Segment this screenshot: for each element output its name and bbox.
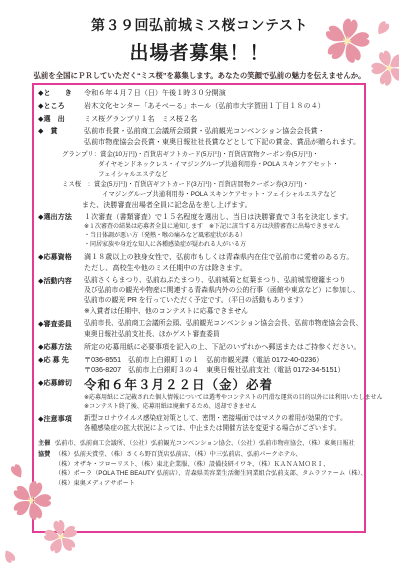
apply-address-line-2: 〒036-8207 弘前市上白銀町３の４ 東奥日報社弘前支社（電話 0172-3… bbox=[84, 365, 366, 376]
row-place-value: 岩木文化センター「あそべーる」ホール（弘前市大字賀田１丁目１８の４） bbox=[84, 101, 366, 112]
row-cautions-label: ◆注意事項 bbox=[32, 414, 84, 434]
selection-method-note-3: ・同居家族や身近な知人に各種感染症が疑われる人がいる方 bbox=[84, 241, 366, 250]
row-judges-label: ◆審査委員 bbox=[32, 319, 84, 339]
prizes-intro-2: 弘前市物産協会会長賞・東奥日報社社長賞などとして下記の賞金、賞品が贈られます。 bbox=[84, 137, 366, 148]
activities-note: ※入賞者は任期中、他のコンテストに応募できません bbox=[84, 307, 366, 317]
row-how-to-apply: ◆応募方法 所定の応募用紙に必要事項を記入の上、下記のいずれかへ郵送またはご持参… bbox=[32, 342, 366, 353]
row-date: ◆と き 令和６年４月７日（日）午後１時３０分開演 bbox=[32, 88, 366, 99]
judges-line-2: 東奥日報社弘前支社長、ほかゲスト審査委員 bbox=[84, 330, 366, 340]
deadline-note-2: ※コンテスト終了後、応募用紙は廃棄するため、返却できません bbox=[84, 403, 383, 412]
organizers-value: 弘前市、弘前商工会議所、（公社）弘前観光コンベンション協会、（公社）弘前市物産協… bbox=[55, 439, 366, 449]
row-organizers: 主催 弘前市、弘前商工会議所、（公社）弘前観光コンベンション協会、（公社）弘前市… bbox=[32, 439, 366, 449]
apply-address-line-1: 〒036-8551 弘前市上白銀町１の１ 弘前市観光課（電話 0172-40-0… bbox=[84, 355, 366, 366]
row-selection: ◆選 出 ミス桜グランプリ１名 ミス桜２名 bbox=[32, 114, 366, 125]
selection-method-note-1: ※１次審査の結果は応募者全員に通知します ※下記に該当する方は決勝審査に出場でき… bbox=[84, 223, 366, 232]
eligibility-line-1: 満１８歳以上の独身女性で、弘前市もしくは青森県内在住で弘前市に愛着のある方。 bbox=[84, 252, 366, 263]
prize-detail-block: グランプリ：賞金(10万円)・百貨店ギフトカード(5万円)・百貨店買物クーポン券… bbox=[32, 150, 366, 200]
deadline-note-1: ※応募用紙にご記載された個人情報については選考やコンテストの円滑な運営の目的以外… bbox=[84, 394, 383, 403]
row-judges: ◆審査委員 弘前市長、弘前商工会議所会頭、弘前観光コンベンション協会会長、弘前市… bbox=[32, 319, 366, 339]
sponsors-line-2: （株）オザキ・フローリスト、（株）東北企業服、（株）設備技研イワキ、（株）ＫＡＮ… bbox=[55, 460, 367, 470]
row-prizes-label: ◆ 賞 bbox=[32, 126, 84, 147]
row-date-label: ◆と き bbox=[32, 88, 84, 99]
row-how-to-apply-label: ◆応募方法 bbox=[32, 342, 84, 353]
row-selection-method: ◆選出方法 １次審査（書類審査）で１５名程度を選出し、当日は決勝審査で３名を決定… bbox=[32, 212, 366, 250]
row-deadline-label: ◆応募締切 bbox=[32, 378, 84, 412]
row-sponsors-label: 協賛 bbox=[32, 450, 55, 488]
activities-line-3: 弘前市の観光 PR を行っていただく予定です。（平日の活動もあります） bbox=[84, 296, 366, 306]
grandprix-prize-line-3: フェイシャルエステなど bbox=[98, 170, 366, 180]
row-activities-label: ◆活動内容 bbox=[32, 276, 84, 317]
row-place-label: ◆ところ bbox=[32, 101, 84, 112]
sakura-petal-icon bbox=[0, 547, 19, 565]
judges-line-1: 弘前市長、弘前商工会議所会頭、弘前観光コンベンション協会会長、弘前市物産協会会長… bbox=[84, 319, 366, 329]
row-prizes: ◆ 賞 弘前市長賞・弘前商工会議所会頭賞・弘前観光コンベンション協会会長賞・ 弘… bbox=[32, 126, 366, 147]
prizes-outro: また、決勝審査出場者全員に記念品を差し上げます。 bbox=[82, 200, 366, 211]
row-apply-address-label: ◆応 募 先 bbox=[32, 355, 84, 376]
sponsors-line-4: （株）東奥メディアサポート bbox=[55, 479, 367, 489]
deadline-date: 令和６年３月２２日（金）必着 bbox=[84, 378, 383, 394]
eligibility-line-2: ただし、高校生や他のミス任期中の方は除きます。 bbox=[84, 263, 366, 274]
row-selection-label: ◆選 出 bbox=[32, 114, 84, 125]
row-organizers-label: 主催 bbox=[32, 439, 55, 449]
activities-line-1: 弘前さくらまつり、弘前ねぷたまつり、弘前城菊と紅葉まつり、弘前城雪燈籠まつり bbox=[84, 276, 366, 286]
row-eligibility-label: ◆応募資格 bbox=[32, 252, 84, 273]
how-to-apply-line: 所定の応募用紙に必要事項を記入の上、下記のいずれかへ郵送またはご持参ください。 bbox=[84, 342, 366, 353]
cautions-line-2: 各種感染症の拡大状況によっては、中止または開催方法を変更する場合がございます。 bbox=[84, 424, 366, 434]
row-place: ◆ところ 岩木文化センター「あそべーる」ホール（弘前市大字賀田１丁目１８の４） bbox=[32, 101, 366, 112]
row-deadline: ◆応募締切 令和６年３月２２日（金）必着 ※応募用紙にご記載された個人情報につい… bbox=[32, 378, 366, 412]
flyer-page: 第３９回弘前城ミス桜コンテスト 出場者募集！！ 弘前を全国にＰＲしていただく“ミ… bbox=[0, 0, 399, 565]
miss-sakura-prize-line-2: イマジングループ共通利用券・POLA スキンケアセット・フェイシャルエステなど bbox=[102, 190, 366, 200]
tagline: 弘前を全国にＰＲしていただく“ミス桜”を募集します。あなたの笑顔で弘前の魅力を伝… bbox=[0, 70, 399, 81]
grandprix-prize-line-2: ダイヤモンドネックレス・イマジングループ共通利用券・POLA スキンケアセット・ bbox=[98, 160, 366, 170]
row-eligibility: ◆応募資格 満１８歳以上の独身女性で、弘前市もしくは青森県内在住で弘前市に愛着の… bbox=[32, 252, 366, 273]
grandprix-prize-line-1: グランプリ：賞金(10万円)・百貨店ギフトカード(5万円)・百貨店買物クーポン券… bbox=[62, 150, 366, 160]
info-box-content: ◆と き 令和６年４月７日（日）午後１時３０分開演 ◆ところ 岩木文化センター「… bbox=[32, 83, 366, 533]
row-activities: ◆活動内容 弘前さくらまつり、弘前ねぷたまつり、弘前城菊と紅葉まつり、弘前城雪燈… bbox=[32, 276, 366, 317]
row-selection-value: ミス桜グランプリ１名 ミス桜２名 bbox=[84, 114, 366, 125]
row-date-value: 令和６年４月７日（日）午後１時３０分開演 bbox=[84, 88, 366, 99]
miss-sakura-prize-line-1: ミス桜 ：賞金(5万円)・百貨店ギフトカード(3万円)・百貨店買物クーポン券(3… bbox=[62, 180, 366, 190]
sponsors-line-1: （株）弘前天賞堂、（株）さくら野百貨店弘前店、（株）中三弘前店、弘前パークホテル… bbox=[55, 450, 367, 460]
cautions-line-1: 新型コロナウイルス感染症対策として、密閉・密接場面ではマスクの着用が効果的です。 bbox=[84, 414, 366, 424]
row-sponsors: 協賛 （株）弘前天賞堂、（株）さくら野百貨店弘前店、（株）中三弘前店、弘前パーク… bbox=[32, 450, 366, 488]
sponsors-line-3: （株）ポーラ（POLA THE BEAUTY 弘前店）、青森県美容業生活衛生同業… bbox=[55, 469, 367, 479]
prizes-intro-1: 弘前市長賞・弘前商工会議所会頭賞・弘前観光コンベンション協会会長賞・ bbox=[84, 126, 366, 137]
row-apply-address: ◆応 募 先 〒036-8551 弘前市上白銀町１の１ 弘前市観光課（電話 01… bbox=[32, 355, 366, 376]
activities-line-2: 及び弘前市の観光や物産に関連する青森県内外の公的行事（函館や東京など）に参加し、 bbox=[84, 286, 366, 296]
row-cautions: ◆注意事項 新型コロナウイルス感染症対策として、密閉・密接場面ではマスクの着用が… bbox=[32, 414, 366, 434]
row-selection-method-label: ◆選出方法 bbox=[32, 212, 84, 250]
selection-method-note-2: ・当日体調が悪い方（発熱・喉の痛みなど風邪症状がある） bbox=[84, 232, 366, 241]
selection-method-line: １次審査（書類審査）で１５名程度を選出し、当日は決勝審査で３名を決定します。 bbox=[84, 212, 366, 223]
